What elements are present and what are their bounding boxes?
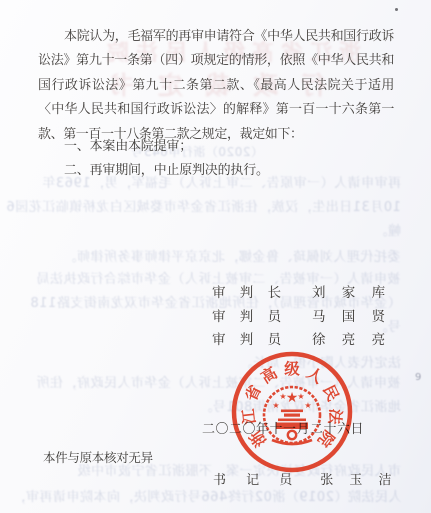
judge-name: 马 国 贤 (312, 305, 391, 325)
svg-text:级: 级 (284, 359, 300, 378)
judges-signature-block: 审 判 长 刘 家 库 审 判 员 马 国 贤 审 判 员 徐 亮 亮 (212, 279, 391, 350)
document-content: 本院认为，毛福军的再审申请符合《中华人民共和国行政诉讼法》第九十一条第（四）项规… (0, 0, 431, 513)
judge-role: 审 判 长 (212, 281, 312, 301)
svg-text:院: 院 (314, 427, 339, 451)
svg-text:民: 民 (319, 382, 342, 404)
ruling-items: 一、本案由本院提审； 二、再审期间，中止原判决的执行。 (38, 135, 394, 182)
svg-text:江: 江 (239, 407, 259, 426)
svg-text:★: ★ (286, 390, 299, 406)
official-court-seal: 浙江省高级人民法院 ★ ★ ★ ★ ★ (227, 347, 357, 477)
svg-text:浙: 浙 (246, 426, 270, 450)
judge-role: 审 判 员 (212, 305, 312, 325)
judge-row: 审 判 长 刘 家 库 (212, 279, 391, 303)
national-emblem-icon: ★ ★ ★ ★ ★ (264, 387, 320, 444)
judge-row: 审 判 员 马 国 贤 (212, 303, 391, 327)
ruling-item-1: 一、本案由本院提审； (38, 135, 394, 159)
ruling-reasoning-paragraph: 本院认为，毛福军的再审申请符合《中华人民共和国行政诉讼法》第九十一条第（四）项规… (38, 25, 394, 147)
svg-text:★: ★ (297, 392, 304, 401)
svg-text:法: 法 (325, 408, 345, 426)
svg-text:★: ★ (279, 392, 286, 401)
svg-text:★: ★ (272, 401, 279, 410)
svg-text:人: 人 (303, 364, 326, 388)
court-seal-graphic: 浙江省高级人民法院 ★ ★ ★ ★ ★ (227, 347, 357, 477)
svg-text:★: ★ (304, 401, 311, 410)
ruling-item-2: 二、再审期间，中止原判决的执行。 (38, 159, 394, 183)
svg-text:省: 省 (242, 382, 265, 404)
judge-name: 徐 亮 亮 (312, 328, 391, 348)
court-ruling-scan-page: 浙江省高级人民法院行 政 裁 定 书（2020）浙行申645号再审申请人（一审原… (0, 0, 431, 513)
judge-name: 刘 家 库 (312, 281, 391, 301)
judge-role: 审 判 员 (212, 328, 312, 348)
verification-note: 本件与原本核对无异 (43, 448, 153, 466)
svg-text:高: 高 (257, 363, 281, 388)
